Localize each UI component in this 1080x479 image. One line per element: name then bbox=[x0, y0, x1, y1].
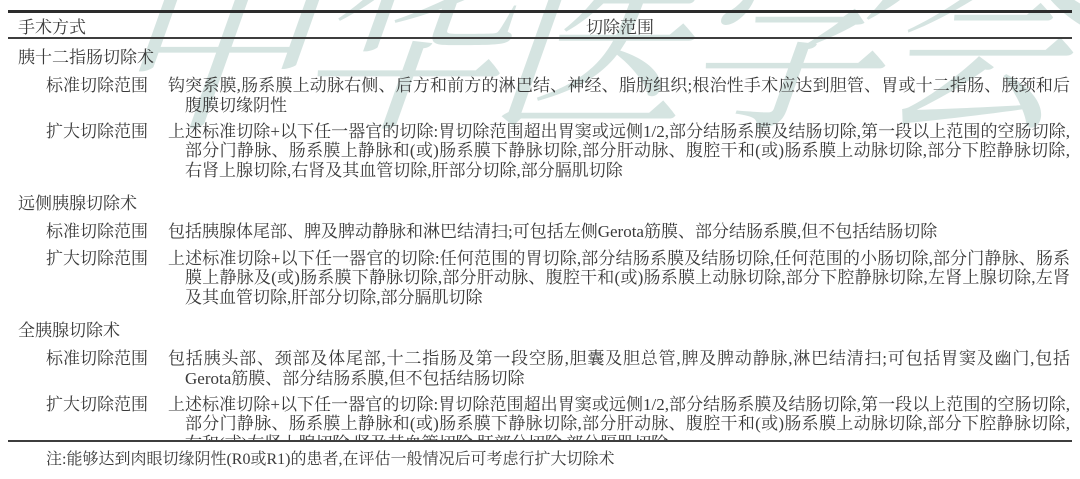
section-title-pancreaticoduodenectomy: 胰十二指肠切除术 bbox=[8, 41, 1072, 71]
row-content-extended: 上述标准切除+以下任一器官的切除:胃切除范围超出胃窦或远侧1/2,部分结肠系膜及… bbox=[168, 395, 1072, 442]
journal-table-page: 中华医学会 手术方式 切除范围 胰十二指肠切除术 标准切除范围 钩突系膜,肠系膜… bbox=[0, 0, 1080, 479]
col-header-surgery-method: 手术方式 bbox=[8, 13, 168, 38]
row-label-extended: 扩大切除范围 bbox=[8, 249, 168, 307]
row-content-standard: 钩突系膜,肠系膜上动脉右侧、后方和前方的淋巴结、神经、脂肪组织;根治性手术应达到… bbox=[168, 76, 1072, 115]
row-label-standard: 标准切除范围 bbox=[8, 222, 168, 241]
row-content-standard: 包括胰腺体尾部、脾及脾动静脉和淋巴结清扫;可包括左侧Gerota筋膜、部分结肠系… bbox=[168, 222, 1072, 241]
section-title-total-pancreatectomy: 全胰腺切除术 bbox=[8, 314, 1072, 344]
table-row: 扩大切除范围 上述标准切除+以下任一器官的切除:任何范围的胃切除,部分结肠系膜及… bbox=[8, 249, 1072, 307]
table-body: 胰十二指肠切除术 标准切除范围 钩突系膜,肠系膜上动脉右侧、后方和前方的淋巴结、… bbox=[8, 39, 1072, 442]
section-title-distal-pancreatectomy: 远侧胰腺切除术 bbox=[8, 187, 1072, 217]
row-label-standard: 标准切除范围 bbox=[8, 349, 168, 388]
resection-scope-table: 手术方式 切除范围 胰十二指肠切除术 标准切除范围 钩突系膜,肠系膜上动脉右侧、… bbox=[8, 10, 1072, 442]
table-row: 标准切除范围 包括胰头部、颈部及体尾部,十二指肠及第一段空肠,胆囊及胆总管,脾及… bbox=[8, 349, 1072, 388]
row-label-extended: 扩大切除范围 bbox=[8, 395, 168, 442]
row-content-extended: 上述标准切除+以下任一器官的切除:任何范围的胃切除,部分结肠系膜及结肠切除,任何… bbox=[168, 249, 1072, 307]
table-row: 扩大切除范围 上述标准切除+以下任一器官的切除:胃切除范围超出胃窦或远侧1/2,… bbox=[8, 395, 1072, 442]
table-row: 标准切除范围 包括胰腺体尾部、脾及脾动静脉和淋巴结清扫;可包括左侧Gerota筋… bbox=[8, 222, 1072, 241]
table-footnote: 注:能够达到肉眼切缘阴性(R0或R1)的患者,在评估一般情况后可考虑行扩大切除术 bbox=[8, 450, 1072, 469]
col-header-resection-scope: 切除范围 bbox=[168, 13, 1072, 38]
table-row: 扩大切除范围 上述标准切除+以下任一器官的切除:胃切除范围超出胃窦或远侧1/2,… bbox=[8, 122, 1072, 180]
table-header-row: 手术方式 切除范围 bbox=[8, 10, 1072, 39]
row-label-extended: 扩大切除范围 bbox=[8, 122, 168, 180]
row-label-standard: 标准切除范围 bbox=[8, 76, 168, 115]
table-row: 标准切除范围 钩突系膜,肠系膜上动脉右侧、后方和前方的淋巴结、神经、脂肪组织;根… bbox=[8, 76, 1072, 115]
row-content-extended: 上述标准切除+以下任一器官的切除:胃切除范围超出胃窦或远侧1/2,部分结肠系膜及… bbox=[168, 122, 1072, 180]
row-content-standard: 包括胰头部、颈部及体尾部,十二指肠及第一段空肠,胆囊及胆总管,脾及脾动静脉,淋巴… bbox=[168, 349, 1072, 388]
